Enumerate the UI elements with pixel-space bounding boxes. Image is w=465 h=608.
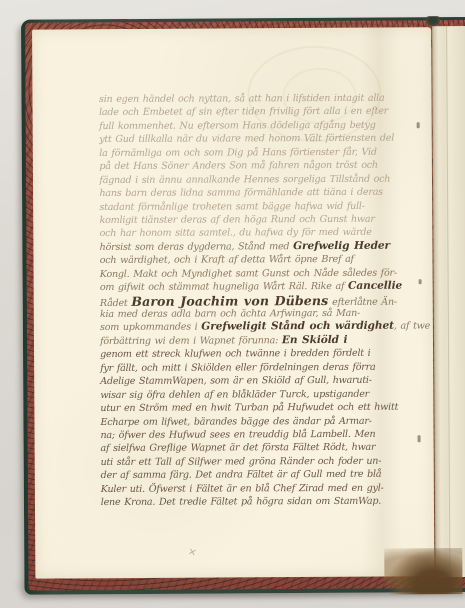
manuscript-line: full kommenhet. Nu eftersom Hans dödelig…: [99, 119, 395, 134]
fore-edge-speck: [417, 122, 420, 128]
manuscript-line: Rådet Baron Joachim von Dübens efterlåtn…: [100, 293, 396, 308]
manuscript-line: uti står ett Tall af Silfwer med gröna R…: [101, 455, 397, 470]
manuscript-line: lade och Embetet af sin efter tiden friv…: [99, 105, 395, 120]
manuscript-line: fyr fällt, och mitt i Skiölden eller för…: [100, 360, 396, 375]
page-corner-knot: [426, 16, 440, 26]
fore-edge-speck: [419, 279, 422, 284]
manuscript-emphasis: Cancellie: [348, 280, 402, 292]
manuscript-line: Echarpe om lifwet, bärandes bägge des än…: [100, 414, 396, 429]
manuscript-line: som upkommandes i Grefweligit Stånd och …: [100, 320, 396, 335]
text-block: sin egen händel och nyttan, så att han i…: [99, 92, 397, 510]
manuscript-line: lene Krona. Det tredie Fältet på högra s…: [101, 495, 397, 510]
manuscript-emphasis: Grefweligit Stånd och wärdighet: [201, 320, 394, 333]
manuscript-emphasis: En Skiöld i: [282, 334, 348, 346]
manuscript-line: hörsist som deras dygderna, Stånd med Gr…: [100, 240, 396, 255]
manuscript-line: Adelige StammWapen, som är en Skiöld af …: [100, 374, 396, 389]
manuscript-line: na; öfwer des Hufwud sees en treuddig bl…: [100, 428, 396, 443]
manuscript-line: la förnämliga om och som Dig på Hans för…: [99, 145, 395, 160]
manuscript-line: på det Hans Söner Anders Son må fahren n…: [99, 159, 395, 174]
fore-edge-speck: [418, 435, 421, 442]
manuscript-line: wisar sig öfra dehlen af en blåkläder Tu…: [100, 387, 396, 402]
manuscript-line: sin egen händel och nyttan, så att han i…: [99, 92, 395, 107]
manuscript-line: der af samma färg. Det andra Fältet är a…: [101, 468, 397, 483]
manuscript-line: Kuler uti. Öfwerst i Fältet är en blå Ch…: [101, 481, 397, 496]
manuscript-line: Kongl. Makt och Myndighet samt Gunst och…: [100, 266, 396, 281]
facing-page-edge: [432, 26, 465, 577]
manuscript-line: fägnad i sin ännu annalkande Hennes sorg…: [99, 172, 395, 187]
manuscript-line: ytt Gud tillkalla när du vidare med hono…: [99, 132, 395, 147]
manuscript-line: och wärdighet, och i Kraft af detta Wårt…: [100, 253, 396, 268]
manuscript-line: och har honom sitta samtel., du hafwa dy…: [100, 226, 396, 241]
manuscript-emphasis: Grefwelig Heder: [293, 240, 390, 252]
manuscript-line: komligit tiänster deras af den höga Rund…: [100, 213, 396, 228]
manuscript-line: genom ett streck klufwen och twänne i br…: [100, 347, 396, 362]
manuscript-line: af sielfwa Greflige Wapnet är det första…: [101, 441, 397, 456]
manuscript-line: utur en Ström med en hwit Turban på Hufw…: [100, 401, 396, 416]
manuscript-line: förbättring wi dem i Wapnet förunna: En …: [100, 334, 396, 349]
manuscript-line: hans barn deras lidna samma förmählande …: [99, 186, 395, 201]
manuscript-emphasis: Baron Joachim von Dübens: [131, 293, 328, 309]
page-fold-line: [446, 26, 450, 577]
cover-corner-damage: [384, 548, 462, 594]
manuscript-line: stadant förmånlige troheten samt bägge h…: [99, 199, 395, 214]
